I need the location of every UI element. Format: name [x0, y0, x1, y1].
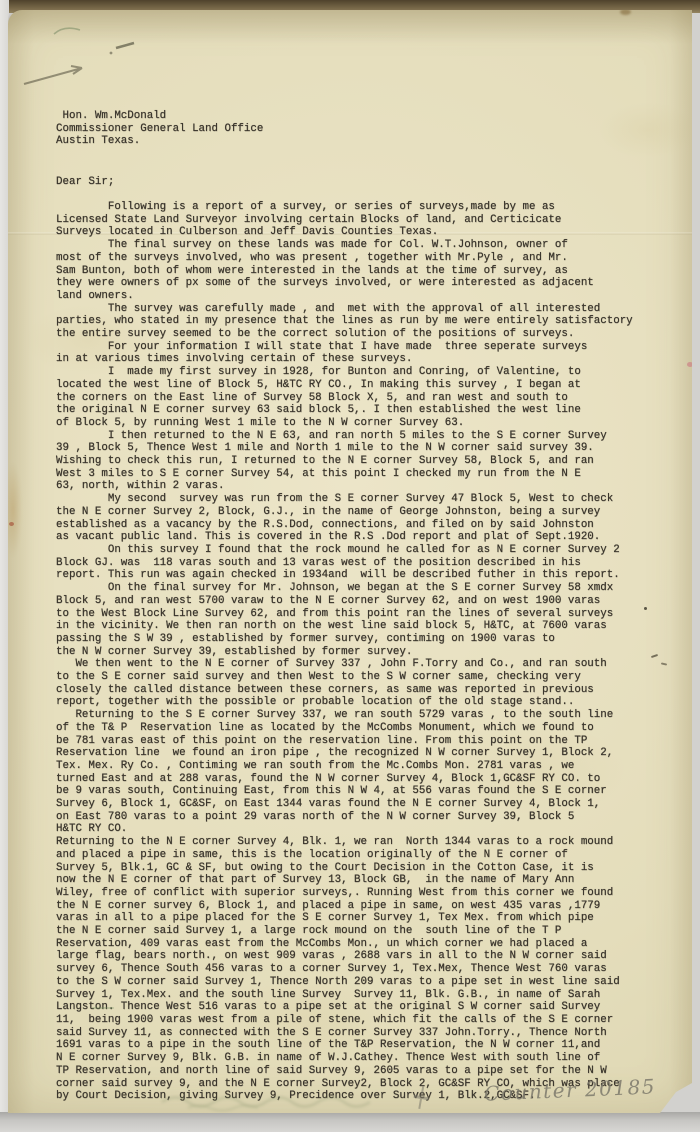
scan-edge-left	[0, 0, 9, 1132]
pencil-scribble-marks	[8, 10, 208, 120]
paper-stain	[92, 1007, 114, 1009]
scan-edge-bottom	[0, 1112, 700, 1132]
paper-stain	[687, 362, 693, 367]
paper-stain	[651, 654, 658, 658]
paper-stain	[9, 522, 14, 526]
paper-stain	[644, 607, 647, 610]
letter-paper: Hon. Wm.McDonald Commissioner General La…	[8, 10, 692, 1113]
scanned-document-view: { "document": { "recipient_lines": [ " H…	[0, 0, 700, 1132]
salutation: Dear Sir;	[56, 176, 114, 189]
bleed-through-marks	[158, 1088, 428, 1114]
letter-body: Following is a report of a survey, or se…	[56, 201, 633, 1103]
paper-stain	[661, 662, 667, 665]
